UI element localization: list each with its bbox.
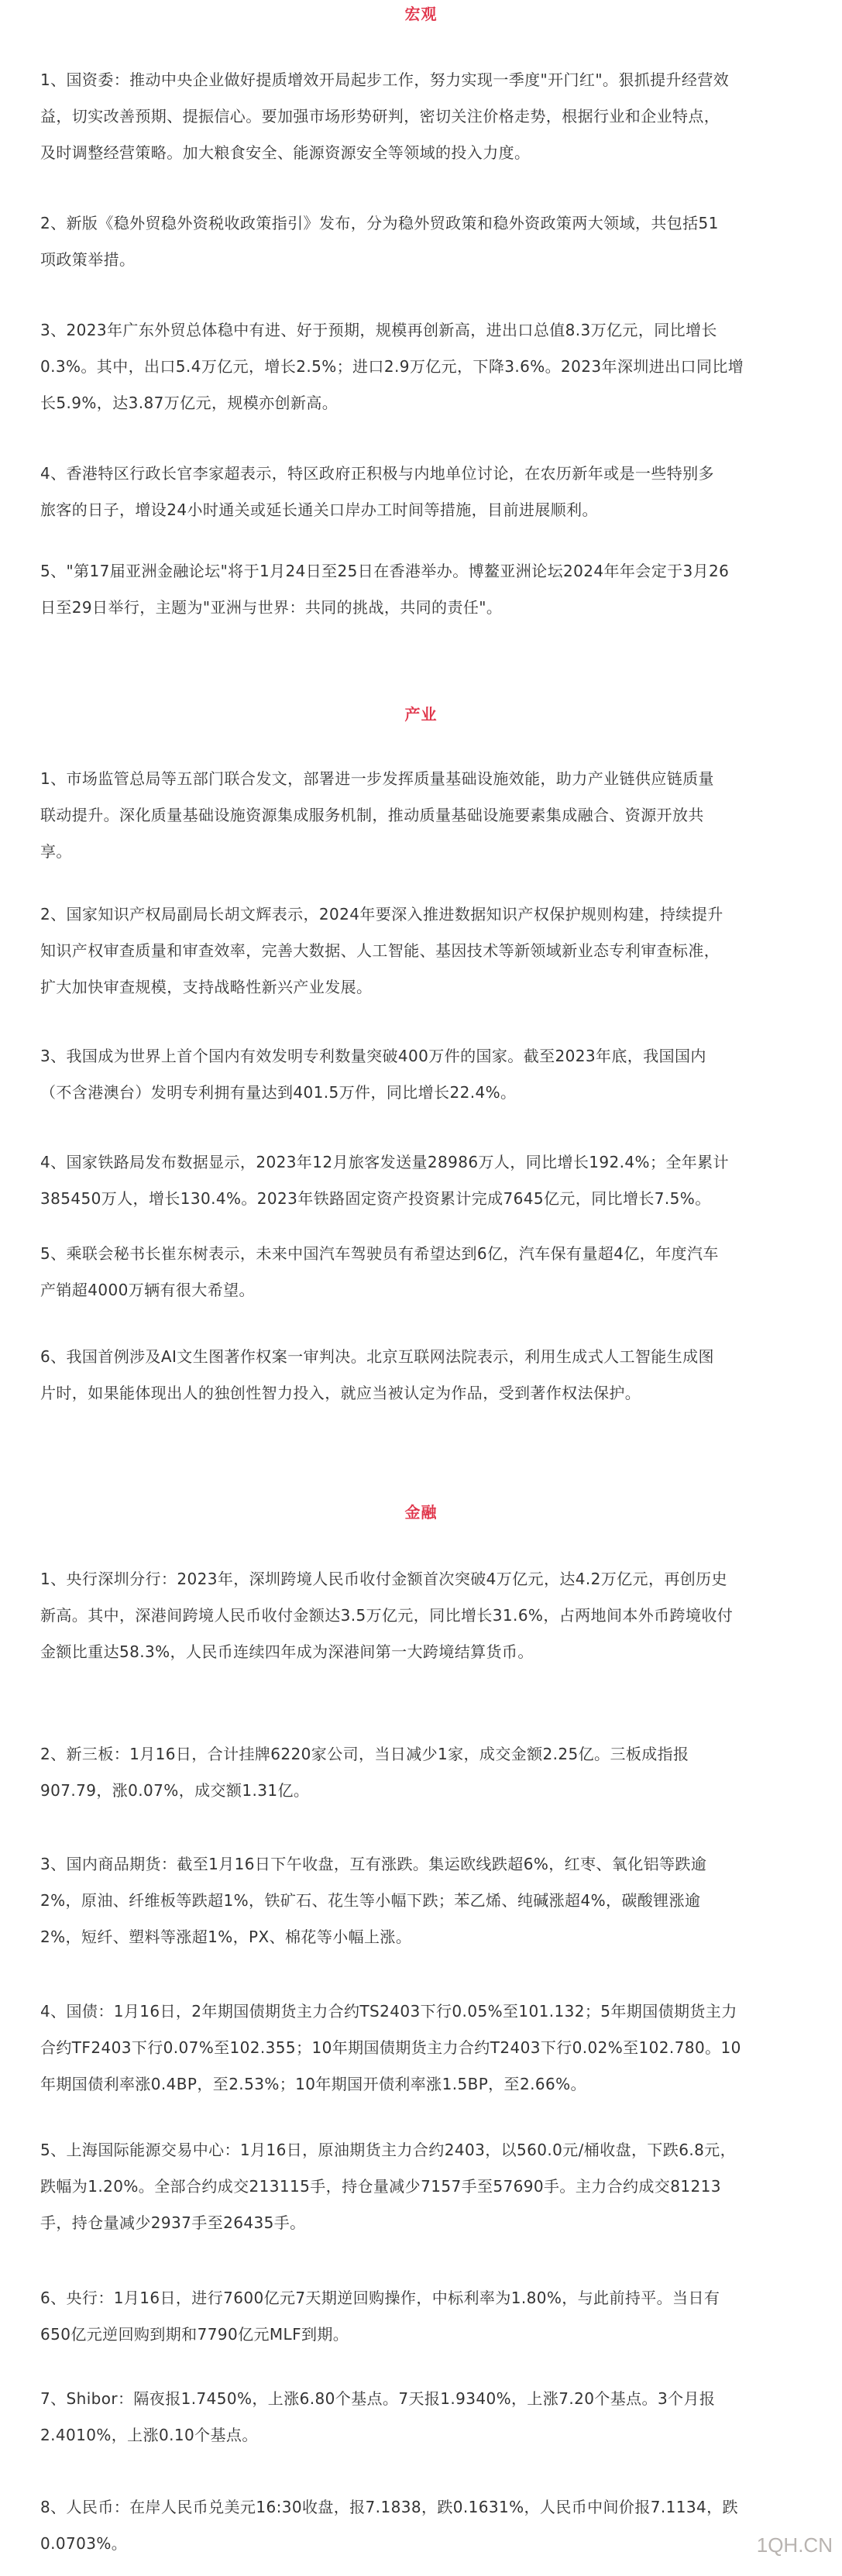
news-item-macro-4: 4、香港特区行政长官李家超表示，特区政府正积极与内地单位讨论，在农历新年或是一些…: [40, 456, 834, 528]
text-line: 日至29日举行，主题为"亚洲与世界：共同的挑战，共同的责任"。: [40, 590, 834, 626]
news-item-industry-3: 3、我国成为世界上首个国内有效发明专利数量突破400万件的国家。截至2023年底…: [40, 1038, 834, 1111]
news-item-finance-4: 4、国债：1月16日，2年期国债期货主力合约TS2403下行0.05%至101.…: [40, 1993, 834, 2103]
news-item-finance-7: 7、Shibor：隔夜报1.7450%，上涨6.80个基点。7天报1.9340%…: [40, 2381, 834, 2454]
text-line: 新高。其中，深港间跨境人民币收付金额达3.5万亿元，同比增长31.6%，占两地间…: [40, 1598, 834, 1634]
text-line: 6、我国首例涉及AI文生图著作权案一审判决。北京互联网法院表示，利用生成式人工智…: [40, 1339, 834, 1375]
text-line: 8、人民币：在岸人民币兑美元16:30收盘，报7.1838，跌0.1631%，人…: [40, 2489, 834, 2526]
text-line: 2.4010%，上涨0.10个基点。: [40, 2417, 834, 2454]
text-line: （不含港澳台）发明专利拥有量达到401.5万件，同比增长22.4%。: [40, 1075, 834, 1111]
text-line: 合约TF2403下行0.07%至102.355；10年期国债期货主力合约T240…: [40, 2030, 834, 2066]
news-item-industry-5: 5、乘联会秘书长崔东树表示，未来中国汽车驾驶员有希望达到6亿，汽车保有量超4亿，…: [40, 1236, 834, 1309]
text-line: 7、Shibor：隔夜报1.7450%，上涨6.80个基点。7天报1.9340%…: [40, 2381, 834, 2417]
text-line: 扩大加快审查规模，支持战略性新兴产业发展。: [40, 969, 834, 1006]
text-line: 长5.9%，达3.87万亿元，规模亦创新高。: [40, 385, 834, 421]
text-line: 0.3%。其中，出口5.4万亿元，增长2.5%；进口2.9万亿元，下降3.6%。…: [40, 349, 834, 385]
text-line: 联动提升。深化质量基础设施资源集成服务机制，推动质量基础设施要素集成融合、资源开…: [40, 797, 834, 834]
text-line: 金额比重达58.3%，人民币连续四年成为深港间第一大跨境结算货币。: [40, 1634, 834, 1670]
news-item-finance-2: 2、新三板：1月16日，合计挂牌6220家公司，当日减少1家，成交金额2.25亿…: [40, 1736, 834, 1809]
text-line: 4、国家铁路局发布数据显示，2023年12月旅客发送量28986万人，同比增长1…: [40, 1144, 834, 1181]
text-line: 1、市场监管总局等五部门联合发文，部署进一步发挥质量基础设施效能，助力产业链供应…: [40, 761, 834, 797]
text-line: 1、国资委：推动中央企业做好提质增效开局起步工作，努力实现一季度"开门红"。狠抓…: [40, 62, 834, 98]
news-item-finance-5: 5、上海国际能源交易中心：1月16日，原油期货主力合约2403，以560.0元/…: [40, 2132, 834, 2241]
text-line: 享。: [40, 834, 834, 870]
text-line: 3、我国成为世界上首个国内有效发明专利数量突破400万件的国家。截至2023年底…: [40, 1038, 834, 1075]
news-item-finance-3: 3、国内商品期货：截至1月16日下午收盘，互有涨跌。集运欧线跌超6%，红枣、氧化…: [40, 1846, 834, 1955]
news-item-macro-1: 1、国资委：推动中央企业做好提质增效开局起步工作，努力实现一季度"开门红"。狠抓…: [40, 62, 834, 171]
text-line: 0.0703%。: [40, 2526, 834, 2562]
section-title-industry: 产业: [0, 703, 842, 725]
text-line: 益，切实改善预期、提振信心。要加强市场形势研判，密切关注价格走势，根据行业和企业…: [40, 98, 834, 135]
news-item-finance-6: 6、央行：1月16日，进行7600亿元7天期逆回购操作，中标利率为1.80%，与…: [40, 2280, 834, 2353]
text-line: 2、新版《稳外贸稳外资税收政策指引》发布，分为稳外贸政策和稳外资政策两大领域，共…: [40, 205, 834, 242]
text-line: 年期国债利率涨0.4BP，至2.53%；10年期国开债利率涨1.5BP，至2.6…: [40, 2066, 834, 2103]
text-line: 385450万人，增长130.4%。2023年铁路固定资产投资累计完成7645亿…: [40, 1181, 834, 1217]
site-watermark: 1QH.CN: [757, 2533, 833, 2557]
news-item-macro-3: 3、2023年广东外贸总体稳中有进、好于预期，规模再创新高，进出口总值8.3万亿…: [40, 312, 834, 421]
text-line: 2、新三板：1月16日，合计挂牌6220家公司，当日减少1家，成交金额2.25亿…: [40, 1736, 834, 1773]
text-line: 3、2023年广东外贸总体稳中有进、好于预期，规模再创新高，进出口总值8.3万亿…: [40, 312, 834, 349]
text-line: 跌幅为1.20%。全部合约成交213115手，持仓量减少7157手至57690手…: [40, 2168, 834, 2205]
section-title-macro: 宏观: [0, 3, 842, 25]
text-line: 2%，原油、纤维板等跌超1%，铁矿石、花生等小幅下跌；苯乙烯、纯碱涨超4%，碳酸…: [40, 1883, 834, 1919]
text-line: 4、国债：1月16日，2年期国债期货主力合约TS2403下行0.05%至101.…: [40, 1993, 834, 2030]
news-item-industry-6: 6、我国首例涉及AI文生图著作权案一审判决。北京互联网法院表示，利用生成式人工智…: [40, 1339, 834, 1412]
news-item-finance-8: 8、人民币：在岸人民币兑美元16:30收盘，报7.1838，跌0.1631%，人…: [40, 2489, 834, 2562]
text-line: 知识产权审查质量和审查效率，完善大数据、人工智能、基因技术等新领域新业态专利审查…: [40, 933, 834, 969]
section-title-finance: 金融: [0, 1501, 842, 1523]
text-line: 2、国家知识产权局副局长胡文辉表示，2024年要深入推进数据知识产权保护规则构建…: [40, 896, 834, 933]
news-item-industry-4: 4、国家铁路局发布数据显示，2023年12月旅客发送量28986万人，同比增长1…: [40, 1144, 834, 1217]
text-line: 产销超4000万辆有很大希望。: [40, 1272, 834, 1309]
text-line: 907.79，涨0.07%，成交额1.31亿。: [40, 1773, 834, 1809]
text-line: 手，持仓量减少2937手至26435手。: [40, 2205, 834, 2241]
news-item-industry-1: 1、市场监管总局等五部门联合发文，部署进一步发挥质量基础设施效能，助力产业链供应…: [40, 761, 834, 870]
text-line: 6、央行：1月16日，进行7600亿元7天期逆回购操作，中标利率为1.80%，与…: [40, 2280, 834, 2316]
text-line: 5、"第17届亚洲金融论坛"将于1月24日至25日在香港举办。博鳌亚洲论坛202…: [40, 553, 834, 590]
text-line: 5、上海国际能源交易中心：1月16日，原油期货主力合约2403，以560.0元/…: [40, 2132, 834, 2168]
text-line: 3、国内商品期货：截至1月16日下午收盘，互有涨跌。集运欧线跌超6%，红枣、氧化…: [40, 1846, 834, 1883]
text-line: 项政策举措。: [40, 242, 834, 278]
news-item-industry-2: 2、国家知识产权局副局长胡文辉表示，2024年要深入推进数据知识产权保护规则构建…: [40, 896, 834, 1006]
text-line: 1、央行深圳分行：2023年，深圳跨境人民币收付金额首次突破4万亿元，达4.2万…: [40, 1561, 834, 1598]
text-line: 650亿元逆回购到期和7790亿元MLF到期。: [40, 2316, 834, 2353]
text-line: 及时调整经营策略。加大粮食安全、能源资源安全等领域的投入力度。: [40, 135, 834, 171]
text-line: 2%，短纤、塑料等涨超1%，PX、棉花等小幅上涨。: [40, 1919, 834, 1955]
text-line: 片时，如果能体现出人的独创性智力投入，就应当被认定为作品，受到著作权法保护。: [40, 1375, 834, 1412]
text-line: 4、香港特区行政长官李家超表示，特区政府正积极与内地单位讨论，在农历新年或是一些…: [40, 456, 834, 492]
text-line: 5、乘联会秘书长崔东树表示，未来中国汽车驾驶员有希望达到6亿，汽车保有量超4亿，…: [40, 1236, 834, 1272]
news-item-macro-2: 2、新版《稳外贸稳外资税收政策指引》发布，分为稳外贸政策和稳外资政策两大领域，共…: [40, 205, 834, 278]
news-item-finance-1: 1、央行深圳分行：2023年，深圳跨境人民币收付金额首次突破4万亿元，达4.2万…: [40, 1561, 834, 1670]
news-item-macro-5: 5、"第17届亚洲金融论坛"将于1月24日至25日在香港举办。博鳌亚洲论坛202…: [40, 553, 834, 626]
text-line: 旅客的日子，增设24小时通关或延长通关口岸办工时间等措施，目前进展顺利。: [40, 492, 834, 528]
